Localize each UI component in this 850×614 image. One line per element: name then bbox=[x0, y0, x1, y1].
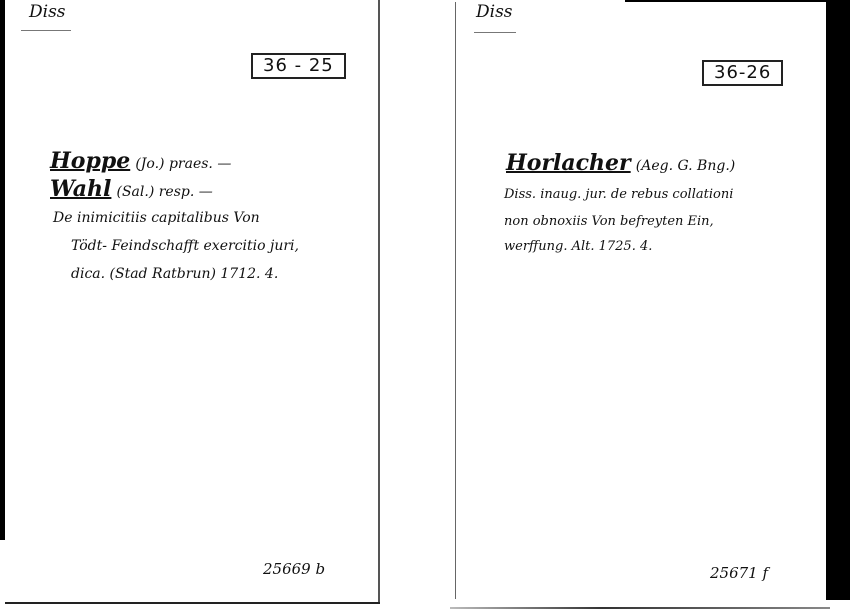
entry-line-5: dica. (Stad Ratbrun) 1712. 4. bbox=[71, 266, 278, 282]
card-right-shadow bbox=[450, 607, 830, 609]
card-tag: Diss bbox=[29, 2, 66, 22]
entry-line-1: Horlacher (Aeg. G. Bng.) bbox=[506, 150, 735, 176]
scan-edge-right bbox=[826, 0, 850, 600]
entry-line-4: Tödt- Feindschafft exercitio juri, bbox=[71, 238, 299, 254]
author-name: Hoppe bbox=[50, 148, 130, 174]
inventory-number: 25671 f bbox=[710, 564, 768, 582]
entry-line-2: Wahl (Sal.) resp. — bbox=[50, 176, 213, 202]
card-tag: Diss bbox=[476, 2, 513, 22]
author-role: (Jo.) praes. — bbox=[135, 156, 231, 172]
catalog-card-left: Diss 36 - 25 Hoppe (Jo.) praes. — Wahl (… bbox=[5, 0, 380, 603]
tag-underline bbox=[21, 30, 71, 31]
call-number: 36-26 bbox=[702, 60, 783, 86]
entry-line-3: De inimicitiis capitalibus Von bbox=[53, 210, 260, 226]
respondent-role: (Sal.) resp. — bbox=[117, 184, 213, 200]
inventory-number: 25669 b bbox=[263, 560, 325, 578]
tag-underline bbox=[474, 32, 516, 33]
call-number: 36 - 25 bbox=[251, 53, 346, 79]
respondent-name: Wahl bbox=[50, 176, 111, 202]
card-left-shadow bbox=[5, 602, 380, 604]
entry-line-3: non obnoxiis Von befreyten Ein, bbox=[504, 214, 714, 229]
author-initials: (Aeg. G. Bng.) bbox=[636, 158, 735, 174]
author-name: Horlacher bbox=[506, 150, 631, 176]
entry-line-1: Hoppe (Jo.) praes. — bbox=[50, 148, 231, 174]
entry-line-2: Diss. inaug. jur. de rebus collationi bbox=[504, 187, 733, 202]
catalog-card-right: Diss 36-26 Horlacher (Aeg. G. Bng.) Diss… bbox=[455, 2, 826, 599]
entry-line-4: werffung. Alt. 1725. 4. bbox=[504, 239, 652, 254]
